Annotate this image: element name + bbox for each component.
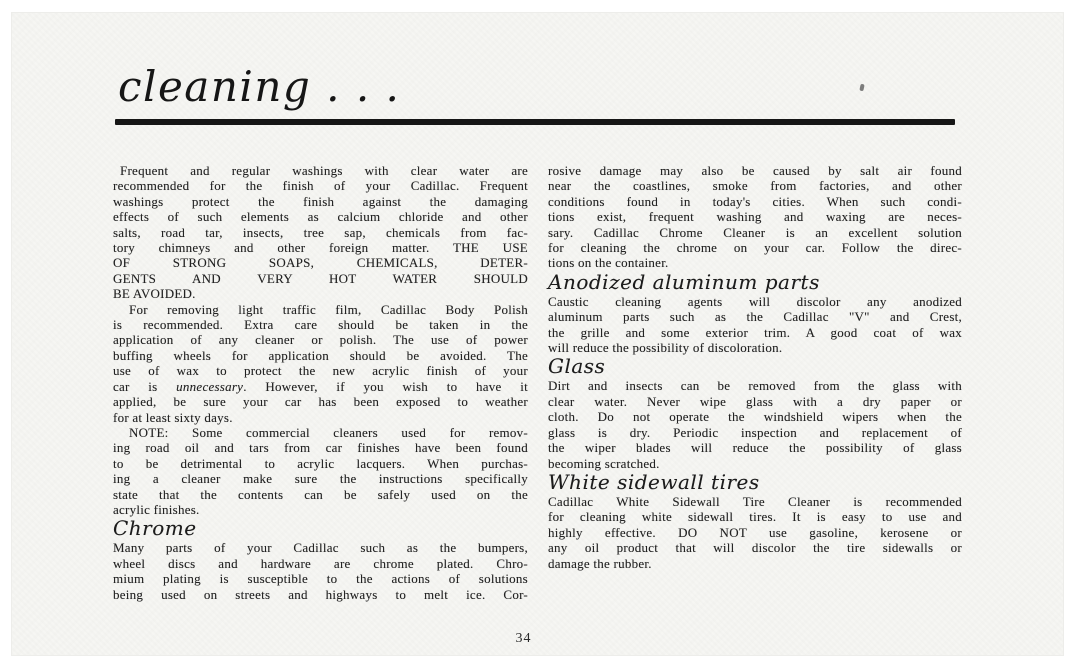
body-line: OF STRONG SOAPS, CHEMICALS, DETER- xyxy=(113,255,528,270)
body-line: the wiper blades will reduce the possibi… xyxy=(548,440,962,455)
body-line: will reduce the possibility of discolora… xyxy=(548,340,962,355)
body-line: tions exist, frequent washing and waxing… xyxy=(548,209,962,224)
section-heading-glass: Glass xyxy=(548,355,962,378)
body-line: cloth. Do not operate the windshield wip… xyxy=(548,409,962,424)
body-line: GENTS AND VERY HOT WATER SHOULD xyxy=(113,271,528,286)
body-line: to be detrimental to acrylic lacquers. W… xyxy=(113,456,528,471)
body-line: for at least sixty days. xyxy=(113,410,528,425)
page-content: cleaning . . . Frequent and regular wash… xyxy=(12,13,1063,602)
right-column: rosive damage may also be caused by salt… xyxy=(548,163,962,602)
italic-word: unnecessary xyxy=(176,379,243,394)
manual-page: cleaning . . . Frequent and regular wash… xyxy=(11,12,1064,656)
body-line: applied, be sure your car has been expos… xyxy=(113,394,528,409)
anodized-paragraph: Caustic cleaning agents will discolor an… xyxy=(548,294,962,356)
body-line: BE AVOIDED. xyxy=(113,286,528,301)
body-line: for cleaning the chrome on your car. Fol… xyxy=(548,240,962,255)
body-line: Frequent and regular washings with clear… xyxy=(113,163,528,178)
note-paragraph: NOTE: Some commercial cleaners used for … xyxy=(113,425,528,517)
body-line: buffing wheels for application should be… xyxy=(113,348,528,363)
body-line-with-italic: car is unnecessary. However, if you wish… xyxy=(113,379,528,394)
body-line: effects of such elements as calcium chlo… xyxy=(113,209,528,224)
body-line: ing road oil and tars from car finishes … xyxy=(113,440,528,455)
section-heading-anodized-aluminum-parts: Anodized aluminum parts xyxy=(548,271,962,294)
body-line: ing a cleaner make sure the instructions… xyxy=(113,471,528,486)
left-column: Frequent and regular washings with clear… xyxy=(113,163,528,602)
body-line: for cleaning white sidewall tires. It is… xyxy=(548,509,962,524)
section-heading-chrome: Chrome xyxy=(113,517,528,540)
body-line: tions on the container. xyxy=(548,255,962,270)
body-line: conditions found in today's cities. When… xyxy=(548,194,962,209)
line-text: car is xyxy=(113,379,176,394)
body-line: Caustic cleaning agents will discolor an… xyxy=(548,294,962,309)
tires-paragraph: Cadillac White Sidewall Tire Cleaner is … xyxy=(548,494,962,571)
body-line: being used on streets and highways to me… xyxy=(113,587,528,602)
body-line: state that the contents can be safely us… xyxy=(113,487,528,502)
body-line: near the coastlines, smoke from factorie… xyxy=(548,178,962,193)
body-line: aluminum parts such as the Cadillac "V" … xyxy=(548,309,962,324)
body-line: glass is dry. Periodic inspection and re… xyxy=(548,425,962,440)
title-rule xyxy=(115,119,955,125)
body-line: Cadillac White Sidewall Tire Cleaner is … xyxy=(548,494,962,509)
body-line: Many parts of your Cadillac such as the … xyxy=(113,540,528,555)
body-line: washings protect the finish against the … xyxy=(113,194,528,209)
section-heading-white-sidewall-tires: White sidewall tires xyxy=(548,471,962,494)
body-line: tory chimneys and other foreign matter. … xyxy=(113,240,528,255)
page-number: 34 xyxy=(12,631,1035,647)
body-line: For removing light traffic film, Cadilla… xyxy=(113,302,528,317)
body-line: mium plating is susceptible to the actio… xyxy=(113,571,528,586)
glass-paragraph: Dirt and insects can be removed from the… xyxy=(548,378,962,470)
body-line: the grille and some exterior trim. A goo… xyxy=(548,325,962,340)
washing-paragraph: Frequent and regular washings with clear… xyxy=(113,163,528,302)
body-line: recommended for the finish of your Cadil… xyxy=(113,178,528,193)
body-line: rosive damage may also be caused by salt… xyxy=(548,163,962,178)
body-line: salts, road tar, insects, tree sap, chem… xyxy=(113,225,528,240)
body-line: use of wax to protect the new acrylic fi… xyxy=(113,363,528,378)
line-text: . However, if you wish to have it xyxy=(243,379,528,394)
body-line: any oil product that will discolor the t… xyxy=(548,540,962,555)
polish-paragraph: For removing light traffic film, Cadilla… xyxy=(113,302,528,425)
continuation-paragraph: rosive damage may also be caused by salt… xyxy=(548,163,962,271)
page-title: cleaning . . . xyxy=(118,63,960,111)
body-line: highly effective. DO NOT use gasoline, k… xyxy=(548,525,962,540)
chrome-paragraph: Many parts of your Cadillac such as the … xyxy=(113,540,528,602)
body-line: clear water. Never wipe glass with a dry… xyxy=(548,394,962,409)
body-line: sary. Cadillac Chrome Cleaner is an exce… xyxy=(548,225,962,240)
body-line: application of any cleaner or polish. Th… xyxy=(113,332,528,347)
body-line: NOTE: Some commercial cleaners used for … xyxy=(113,425,528,440)
body-line: damage the rubber. xyxy=(548,556,962,571)
body-line: becoming scratched. xyxy=(548,456,962,471)
two-column-text: Frequent and regular washings with clear… xyxy=(113,163,962,602)
body-line: is recommended. Extra care should be tak… xyxy=(113,317,528,332)
body-line: Dirt and insects can be removed from the… xyxy=(548,378,962,393)
body-line: wheel discs and hardware are chrome plat… xyxy=(113,556,528,571)
body-line: acrylic finishes. xyxy=(113,502,528,517)
